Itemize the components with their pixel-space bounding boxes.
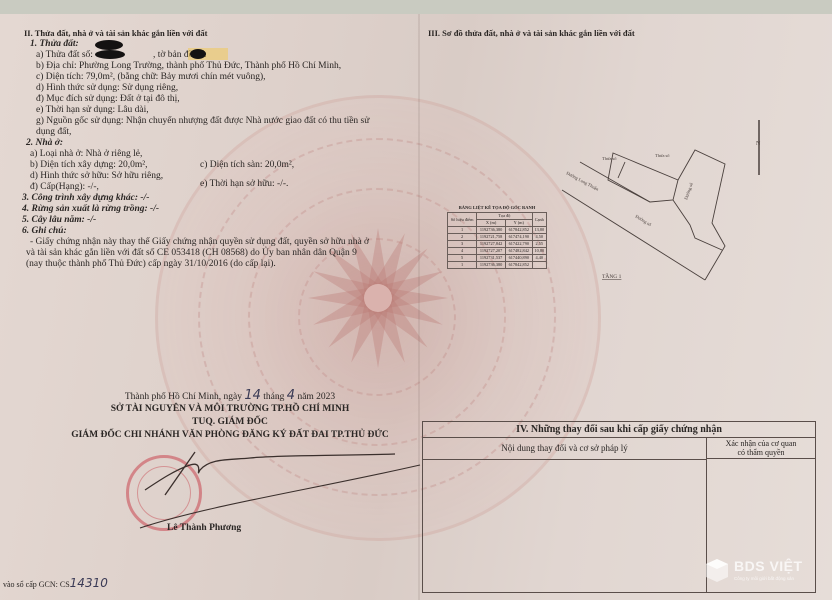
land-use-form: d) Hình thức sử dụng: Sử dụng riêng, [36, 83, 178, 94]
coord-row: 41192727,207617482,84210,80 [448, 248, 547, 255]
notes-heading: 6. Ghi chú: [22, 226, 67, 237]
coordinate-table: BẢNG LIỆT KÊ TỌA ĐỘ GÓC RANH Số hiệu điể… [447, 205, 547, 269]
house-grade: đ) Cấp(Hạng): -/-, [30, 182, 99, 193]
changes-col-authority: Xác nhận của cơ quan có thẩm quyền [707, 437, 815, 459]
svg-text:TẦNG 1: TẦNG 1 [602, 272, 622, 280]
issuing-org: SỞ TÀI NGUYÊN VÀ MÔI TRƯỜNG TP.HỒ CHÍ MI… [40, 403, 420, 415]
watermark-tagline: Công ty môi giới bất động sản [734, 576, 794, 581]
redaction-mark [190, 49, 206, 59]
coord-row: 11192736,380617842,852 [448, 262, 547, 269]
svg-text:Thửa số: Thửa số [655, 153, 670, 158]
coord-row: 31192727,842617422,7902,55 [448, 241, 547, 248]
land-sketch-diagram: Thửa số Thửa số Đường số Đường số Đường … [550, 120, 810, 295]
house-floor-area: c) Diện tích sàn: 20,0m², [200, 160, 294, 171]
house-ownership-term: e) Thời hạn sở hữu: -/-. [200, 179, 288, 190]
house-type: a) Loại nhà ở: Nhà ở riêng lẻ, [30, 149, 142, 160]
svg-text:N: N [756, 141, 761, 147]
redaction-mark [95, 40, 123, 50]
svg-text:Đường số: Đường số [634, 214, 652, 228]
land-use-term: e) Thời hạn sử dụng: Lâu dài, [36, 105, 149, 116]
changes-title: IV. Những thay đổi sau khi cấp giấy chứn… [423, 422, 815, 438]
bdsviet-logo-icon [704, 557, 730, 583]
changes-col-content: Nội dung thay đổi và cơ sở pháp lý [423, 437, 707, 460]
issue-date-line: Thành phố Hồ Chí Minh, ngày 14 tháng 4 n… [40, 390, 420, 403]
land-use-purpose: đ) Mục đích sử dụng: Đất ở tại đô thị, [36, 94, 180, 105]
planted-forest: 4. Rừng sản xuất là rừng trồng: -/- [22, 204, 159, 215]
note-line-3: (nay thuộc thành phố Thủ Đức) cấp ngày 3… [26, 259, 276, 270]
coord-row: 21192721,758617474,1904,50 [448, 234, 547, 241]
tuq-line: TUQ. GIÁM ĐỐC [40, 416, 420, 428]
svg-text:Thửa số: Thửa số [602, 156, 617, 161]
note-line-1: - Giấy chứng nhận này thay thế Giấy chứn… [30, 237, 369, 248]
svg-text:Đường số: Đường số [683, 181, 694, 200]
land-address: b) Địa chỉ: Phường Long Trường, thành ph… [36, 61, 341, 72]
perennial-trees: 5. Cây lâu năm: -/- [22, 215, 96, 226]
other-works: 3. Công trình xây dựng khác: -/- [22, 193, 149, 204]
house-heading: 2. Nhà ở: [26, 138, 63, 149]
land-area: c) Diện tích: 79,0m², (bằng chữ: Bảy mươ… [36, 72, 266, 83]
coord-row: 51192731,537617440,8904,40 [448, 255, 547, 262]
signer-title: GIÁM ĐỐC CHI NHÁNH VĂN PHÒNG ĐĂNG KÝ ĐẤT… [20, 429, 440, 441]
issue-day: 14 [244, 388, 261, 403]
land-origin: g) Nguồn gốc sử dụng: Nhận chuyển nhượng… [36, 116, 369, 127]
section-ii-title: II. Thửa đất, nhà ở và tài sản khác gắn … [24, 28, 207, 39]
signer-name: Lê Thành Phương [167, 523, 241, 534]
svg-text:Đường Long Thuận: Đường Long Thuận [566, 170, 601, 192]
land-heading: 1. Thửa đất: [30, 39, 79, 50]
house-ownership: d) Hình thức sở hữu: Sở hữu riêng, [30, 171, 163, 182]
coord-row: 11192736,380617842,85213,80 [448, 227, 547, 234]
issue-month: 4 [287, 388, 295, 403]
watermark-brand: BDS VIỆT [734, 558, 803, 574]
land-origin-cont: dụng đất, [36, 127, 71, 138]
registry-number: vào sổ cấp GCN: CS14310 [3, 578, 108, 590]
house-build-area: b) Diện tích xây dựng: 20,0m², [30, 160, 148, 171]
bdsviet-watermark: BDS VIỆT Công ty môi giới bất động sản [704, 555, 829, 590]
section-iii-title: III. Sơ đồ thửa đất, nhà ở và tài sản kh… [428, 28, 635, 39]
redaction-mark [95, 50, 125, 59]
note-line-2: và tài sản khác gắn liền với đất số CE 0… [26, 248, 357, 259]
